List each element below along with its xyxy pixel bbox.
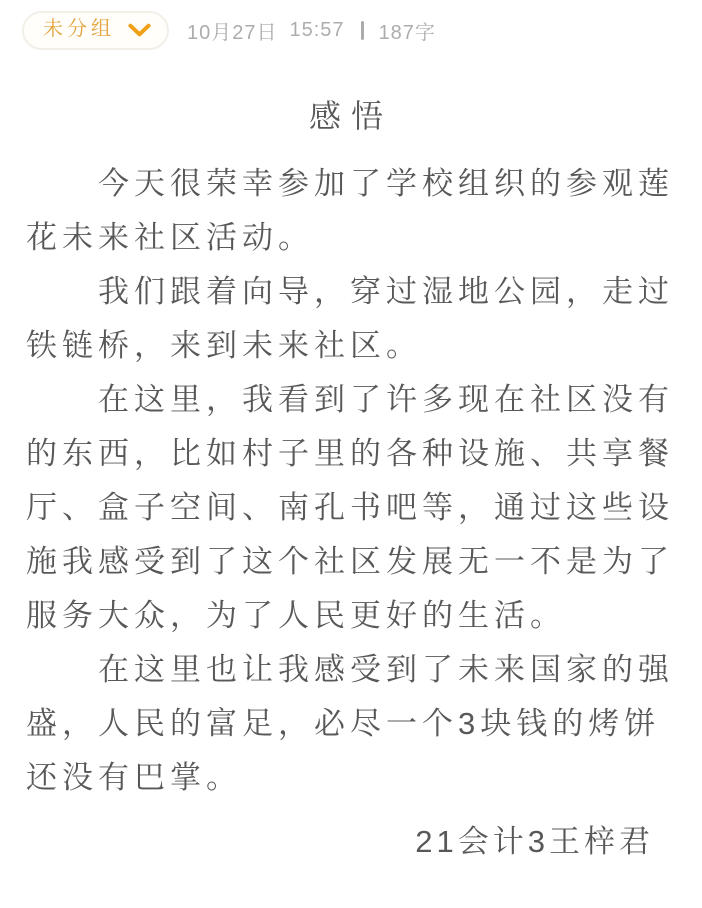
note-date: 10月27日 [187,16,278,45]
note-signature[interactable]: 21会计3王梓君 [26,815,676,869]
notes-app-page: { "header": { "group_button": { "label":… [0,0,702,908]
note-paragraph-3[interactable]: 在这里，我看到了许多现在社区没有的东西，比如村子里的各种设施、共享餐厅、盒子空间… [26,373,676,643]
note-time: 15:57 [290,19,345,42]
meta-divider [361,21,364,40]
note-meta: 10月27日 15:57 187字 [187,16,436,45]
note-editor-body[interactable]: 感悟 今天很荣幸参加了学校组织的参观莲花未来社区活动。 我们跟着向导，穿过湿地公… [0,90,702,869]
word-count: 187字 [379,16,436,45]
note-header: 未分组 10月27日 15:57 187字 [0,0,702,50]
group-selector-button[interactable]: 未分组 [22,11,169,50]
note-title[interactable]: 感悟 [26,90,676,143]
group-label: 未分组 [43,19,115,39]
chevron-down-icon [128,23,151,38]
note-paragraph-4[interactable]: 在这里也让我感受到了未来国家的强盛，人民的富足，必尽一个3块钱的烤饼还没有巴掌。 [26,643,676,805]
note-paragraph-1[interactable]: 今天很荣幸参加了学校组织的参观莲花未来社区活动。 [26,157,676,265]
note-paragraph-2[interactable]: 我们跟着向导，穿过湿地公园，走过铁链桥，来到未来社区。 [26,265,676,373]
